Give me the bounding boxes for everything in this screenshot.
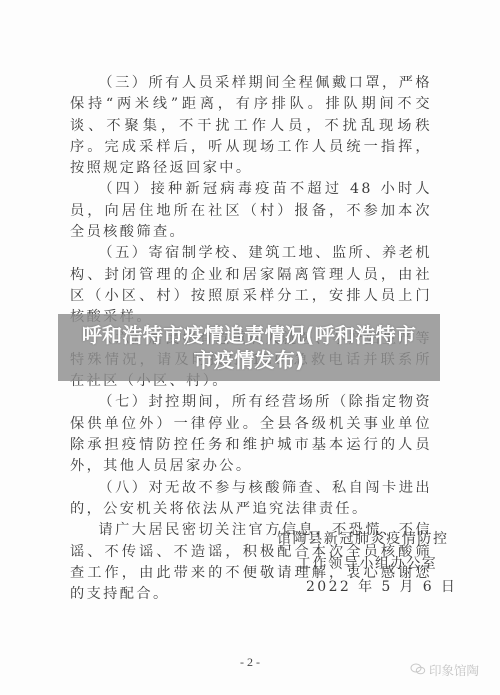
article-title[interactable]: 呼和浩特市疫情追责情况(呼和浩特市市疫情发布): [79, 323, 419, 373]
title-overlay-banner[interactable]: 呼和浩特市疫情追责情况(呼和浩特市市疫情发布): [58, 314, 440, 381]
paragraph-8: （八）对无故不参与核酸筛查、私自闯卡进出的，公安机关将依法从严追究法律责任。: [70, 478, 432, 521]
watermark: 印象馆陶: [410, 661, 479, 679]
paragraph-4: （四）接种新冠病毒疫苗不超过 48 小时人员，向居住地所在社区（村）报备，不参加…: [70, 179, 432, 243]
wechat-icon: [410, 663, 426, 678]
signature-date: 2022 年 5 月 6 日: [306, 576, 457, 596]
page-number: - 2 -: [240, 655, 260, 670]
signature-organization: 馆陶县新冠肺炎疫情防控: [277, 528, 449, 548]
watermark-text: 印象馆陶: [429, 661, 479, 679]
signature-office: 工作领导小组办公室: [297, 553, 437, 573]
paragraph-7: （七）封控期间，所有经营场所（除指定物资保供单位外）一律停业。全县各级机关事业单…: [70, 392, 432, 477]
paragraph-3: （三）所有人员采样期间全程佩戴口罩，严格保持“两米线”距离，有序排队。排队期间不…: [70, 73, 432, 179]
